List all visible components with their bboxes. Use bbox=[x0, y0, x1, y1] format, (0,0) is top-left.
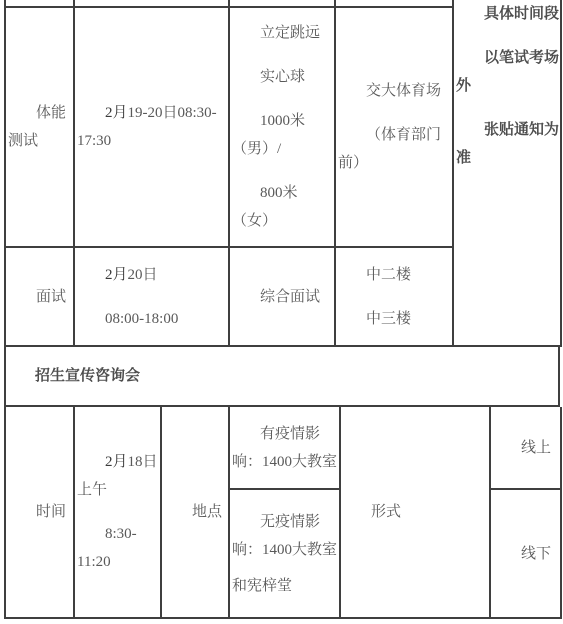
interview-venue-cell: 中二楼 中三楼 bbox=[335, 247, 453, 346]
consultation-time-cell: 2月18日 上午 8:30- 11:20 bbox=[74, 407, 161, 618]
fitness-items-cell: 立定跳远 实心球 1000米 （男）/ 800米 （女） bbox=[229, 7, 335, 247]
text-line: 800米 bbox=[230, 179, 334, 207]
text-line: 上午 bbox=[75, 476, 160, 504]
note-line: 准 bbox=[454, 144, 560, 172]
section-header-admissions-consultation: 招生宣传咨询会 bbox=[4, 347, 560, 407]
text-line: 体能 bbox=[6, 99, 73, 127]
month-prefix: 2月 bbox=[105, 267, 128, 283]
text-line: （男）/ bbox=[230, 135, 334, 163]
text-line: 时间 bbox=[6, 498, 73, 526]
cropped-row-cell bbox=[335, 0, 453, 7]
fitness-venue-cell: 交大体育场 （体育部门 前） bbox=[335, 7, 453, 247]
date-text: 19-20日08:30- bbox=[128, 105, 217, 121]
text-line: 和宪梓堂 bbox=[230, 572, 339, 600]
text-line: 线上 bbox=[491, 434, 560, 462]
schedule-note-cell: 具体时间段 以笔试考场 外 张贴通知为 准 bbox=[453, 0, 561, 346]
month-prefix: 2月 bbox=[105, 105, 128, 121]
text-line: 测试 bbox=[6, 127, 73, 155]
form-label-cell: 形式 bbox=[340, 407, 490, 618]
consultation-table: 时间 2月18日 上午 8:30- 11:20 地点 有疫情影 响：1400大教… bbox=[4, 407, 562, 619]
cropped-top-row: 具体时间段 以笔试考场 外 张贴通知为 准 bbox=[5, 0, 561, 7]
date-text: 20日 bbox=[128, 267, 158, 283]
text-line: 立定跳远 bbox=[230, 19, 334, 47]
text-line: 17:30 bbox=[75, 127, 228, 155]
form-offline-cell: 线下 bbox=[490, 489, 561, 618]
cropped-row-cell bbox=[74, 0, 229, 7]
text-line: 无疫情影 bbox=[230, 508, 339, 536]
fitness-label-cell: 体能 测试 bbox=[5, 7, 74, 247]
exam-schedule-table: 具体时间段 以笔试考场 外 张贴通知为 准 体能 测试 2月19-20日08:3… bbox=[4, 0, 562, 347]
text-line: 面试 bbox=[6, 283, 73, 311]
text-line: 有疫情影 bbox=[230, 420, 339, 448]
interview-time-cell: 2月20日 08:00-18:00 bbox=[74, 247, 229, 346]
time-label-cell: 时间 bbox=[5, 407, 74, 618]
form-online-cell: 线上 bbox=[490, 407, 561, 489]
place-with-covid-cell: 有疫情影 响：1400大教室 bbox=[229, 407, 340, 489]
note-line: 以笔试考场 bbox=[454, 44, 560, 72]
schedule-table-wrapper: 具体时间段 以笔试考场 外 张贴通知为 准 体能 测试 2月19-20日08:3… bbox=[4, 0, 560, 619]
interview-label-cell: 面试 bbox=[5, 247, 74, 346]
text-line: 2月18日 bbox=[75, 448, 160, 476]
note-line: 具体时间段 bbox=[454, 0, 560, 28]
text-line: 中三楼 bbox=[336, 305, 452, 333]
place-label-cell: 地点 bbox=[161, 407, 229, 618]
text-line: 形式 bbox=[341, 498, 489, 526]
text-line: 实心球 bbox=[230, 63, 334, 91]
note-line: 外 bbox=[454, 72, 560, 100]
place-without-covid-cell: 无疫情影 响：1400大教室 和宪梓堂 bbox=[229, 489, 340, 618]
note-line: 张贴通知为 bbox=[454, 116, 560, 144]
cropped-row-cell bbox=[5, 0, 74, 7]
text-line: 响：1400大教室 bbox=[230, 448, 339, 476]
text-line: 11:20 bbox=[75, 548, 160, 576]
text-line: 2月19-20日08:30- bbox=[75, 99, 228, 127]
text-line: 8:30- bbox=[75, 520, 160, 548]
text-line: 中二楼 bbox=[336, 261, 452, 289]
text-line: 地点 bbox=[162, 498, 228, 526]
text-line: 响：1400大教室 bbox=[230, 536, 339, 564]
text-line: 08:00-18:00 bbox=[75, 305, 228, 333]
text-line: （体育部门 bbox=[336, 121, 452, 149]
consultation-row-top: 时间 2月18日 上午 8:30- 11:20 地点 有疫情影 响：1400大教… bbox=[5, 407, 561, 489]
date-text: 18日 bbox=[128, 454, 158, 470]
interview-content-cell: 综合面试 bbox=[229, 247, 335, 346]
text-line: 1000米 bbox=[230, 107, 334, 135]
text-line: 综合面试 bbox=[230, 283, 334, 311]
text-line: 交大体育场 bbox=[336, 77, 452, 105]
text-line: （女） bbox=[230, 207, 334, 235]
text-line: 线下 bbox=[491, 540, 560, 568]
text-line: 2月20日 bbox=[75, 261, 228, 289]
cropped-row-cell bbox=[229, 0, 335, 7]
fitness-time-cell: 2月19-20日08:30- 17:30 bbox=[74, 7, 229, 247]
month-prefix: 2月 bbox=[105, 454, 128, 470]
text-line: 前） bbox=[336, 149, 452, 177]
